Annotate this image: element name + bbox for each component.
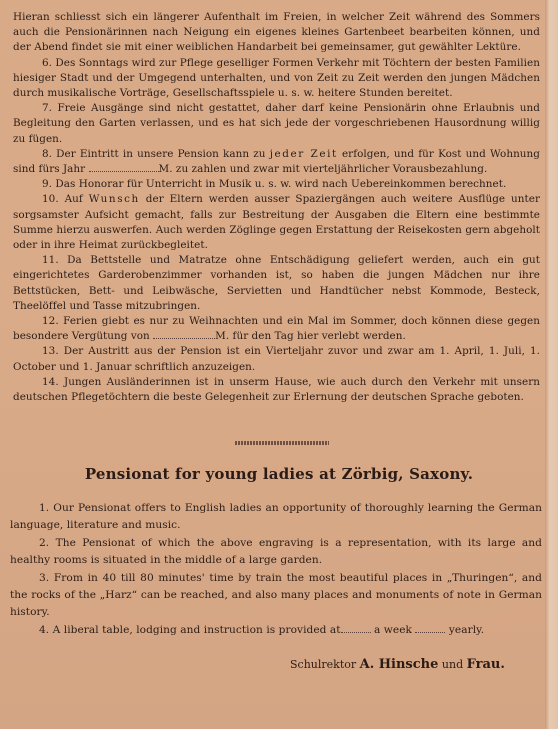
rule-item-13: 13. Der Austritt aus der Pension ist ein… [13,344,540,374]
rule-item-6: 6. Des Sonntags wird zur Pflege gesellig… [13,56,540,102]
english-item-2: 2. The Pensionat of which the above engr… [10,535,542,570]
rule-item-11: 11. Da Bettstelle und Matratze ohne Ents… [13,253,540,314]
signature-conjunction: und [442,658,463,671]
rule-text: Der Austritt aus der Pension ist ein Vie… [13,345,540,372]
item-text: a week [374,624,412,636]
item-number: 2. [39,537,49,549]
rule-item-9: 9. Das Honorar für Unterricht in Musik u… [13,177,540,192]
rule-emphasis: Wunsch [89,193,140,205]
yearly-price-blank-field [415,624,445,633]
rule-item-7: 7. Freie Ausgänge sind nicht gestattet, … [13,101,540,147]
rule-number: 13. [42,345,59,357]
rule-text: Das Honorar für Unterricht in Musik u. s… [55,178,506,190]
english-rules-section: 1. Our Pensionat offers to English ladie… [10,500,542,639]
rule-item-10: 10. Auf Wunsch der Eltern werden ausser … [13,192,540,253]
item-text: yearly. [449,624,484,636]
page-edge [545,0,558,729]
rule-item-8: 8. Der Eintritt in unsere Pension kann z… [13,147,540,177]
rule-text: Der Eintritt in unsere Pension kann zu [56,148,265,160]
rule-text: M. zu zahlen und zwar mit vierteljährlic… [159,163,488,175]
rule-text: Jungen Ausländerinnen ist in unserm Haus… [13,376,540,403]
rule-number: 11. [42,254,59,266]
rule-text: Freie Ausgänge sind nicht gestattet, dah… [13,102,540,144]
signature-name: A. Hinsche [360,657,439,672]
rule-number: 12. [42,315,59,327]
intro-paragraph: Hieran schliesst sich ein längerer Aufen… [13,10,540,56]
item-number: 1. [39,502,49,514]
item-text: A liberal table, lodging and instruction… [53,624,341,636]
vacation-fee-blank-field [153,330,215,339]
rule-text: Da Bettstelle und Matratze ohne Entschäd… [13,254,540,312]
item-text: The Pensionat of which the above engravi… [10,537,542,566]
rule-number: 6. [42,57,52,69]
rule-text: Des Sonntags wird zur Pflege geselliger … [13,57,540,99]
rule-number: 8. [42,148,52,160]
rule-text: M. für den Tag hier verlebt werden. [215,330,406,342]
rule-emphasis: jeder Zeit [270,148,338,160]
item-text: Our Pensionat offers to English ladies a… [10,502,542,531]
item-number: 4. [39,624,49,636]
english-item-1: 1. Our Pensionat offers to English ladie… [10,500,542,535]
signature-title: Schulrektor [290,658,356,671]
signature-spouse: Frau. [467,657,505,672]
rule-number: 9. [42,178,52,190]
wavy-divider [235,441,329,445]
german-rules-section: Hieran schliesst sich ein längerer Aufen… [13,10,540,405]
item-text: From in 40 till 80 minutes' time by trai… [10,572,542,619]
rule-number: 14. [42,376,59,388]
signature-line: Schulrektor A. Hinsche und Frau. [290,657,505,672]
item-number: 3. [39,572,49,584]
rule-item-12: 12. Ferien giebt es nur zu Weihnachten u… [13,314,540,344]
rule-number: 7. [42,102,52,114]
weekly-price-blank-field [341,624,371,633]
rule-item-14: 14. Jungen Ausländerinnen ist in unserm … [13,375,540,405]
rule-number: 10. [42,193,59,205]
english-item-3: 3. From in 40 till 80 minutes' time by t… [10,570,542,622]
rule-text: Auf [65,193,83,205]
fee-blank-field [89,163,159,172]
english-section-title: Pensionat for young ladies at Zörbig, Sa… [0,465,558,483]
english-item-4: 4. A liberal table, lodging and instruct… [10,622,542,639]
